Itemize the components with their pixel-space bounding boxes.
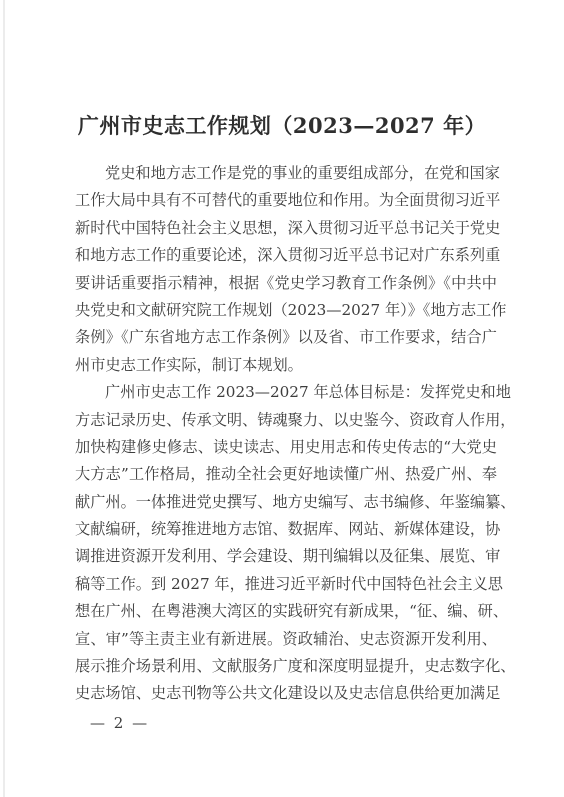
text-line: 史志场馆、史志刊物等公共文化建设以及史志信息供给更加满足 bbox=[75, 680, 497, 707]
text-line: 加快构建修史修志、读史读志、用史用志和传史传志的“大党史 bbox=[75, 434, 497, 461]
document-body: 党史和地方志工作是党的事业的重要组成部分，在党和国家 工作大局中具有不可替代的重… bbox=[75, 160, 497, 708]
text-line: 献广州。一体推进党史撰写、地方史编写、志书编修、年鉴编纂、 bbox=[75, 489, 497, 516]
paragraph-intro: 党史和地方志工作是党的事业的重要组成部分，在党和国家 工作大局中具有不可替代的重… bbox=[75, 160, 497, 379]
text-line: 央党史和文献研究院工作规划（2023—2027 年）》《地方志工作 bbox=[75, 297, 497, 324]
text-line: 大方志”工作格局，推动全社会更好地读懂广州、热爱广州、奉 bbox=[75, 461, 497, 488]
text-line: 条例》《广东省地方志工作条例》以及省、市工作要求，结合广 bbox=[75, 324, 497, 351]
text-line: 宣、审”等主责主业有新进展。资政辅治、史志资源开发利用、 bbox=[75, 626, 497, 653]
page-number: — 2 — bbox=[90, 714, 149, 732]
text-line: 想在广州、在粤港澳大湾区的实践研究有新成果，“征、编、研、 bbox=[75, 598, 497, 625]
paragraph-overall-goals: 广州市史志工作 2023—2027 年总体目标是：发挥党史和地 方志记录历史、传… bbox=[75, 379, 497, 708]
text-line: 要讲话重要指示精神，根据《党史学习教育工作条例》《中共中 bbox=[75, 270, 497, 297]
text-line: 工作大局中具有不可替代的重要地位和作用。为全面贯彻习近平 bbox=[75, 187, 497, 214]
text-line: 方志记录历史、传承文明、铸魂聚力、以史鉴今、资政育人作用， bbox=[75, 407, 497, 434]
text-line: 文献编研，统筹推进地方志馆、数据库、网站、新媒体建设，协 bbox=[75, 516, 497, 543]
text-line: 党史和地方志工作是党的事业的重要组成部分，在党和国家 bbox=[75, 160, 497, 187]
text-line: 广州市史志工作 2023—2027 年总体目标是：发挥党史和地 bbox=[75, 379, 497, 406]
text-line: 调推进资源开发利用、学会建设、期刊编辑以及征集、展览、审 bbox=[75, 543, 497, 570]
text-line: 州市史志工作实际，制订本规划。 bbox=[75, 352, 497, 379]
text-line: 新时代中国特色社会主义思想，深入贯彻习近平总书记关于党史 bbox=[75, 215, 497, 242]
text-line: 和地方志工作的重要论述，深入贯彻习近平总书记对广东系列重 bbox=[75, 242, 497, 269]
text-line: 展示推介场景利用、文献服务广度和深度明显提升，史志数字化、 bbox=[75, 653, 497, 680]
page-title: 广州市史志工作规划（2023—2027 年） bbox=[0, 110, 564, 140]
text-line: 稿等工作。到 2027 年，推进习近平新时代中国特色社会主义思 bbox=[75, 571, 497, 598]
